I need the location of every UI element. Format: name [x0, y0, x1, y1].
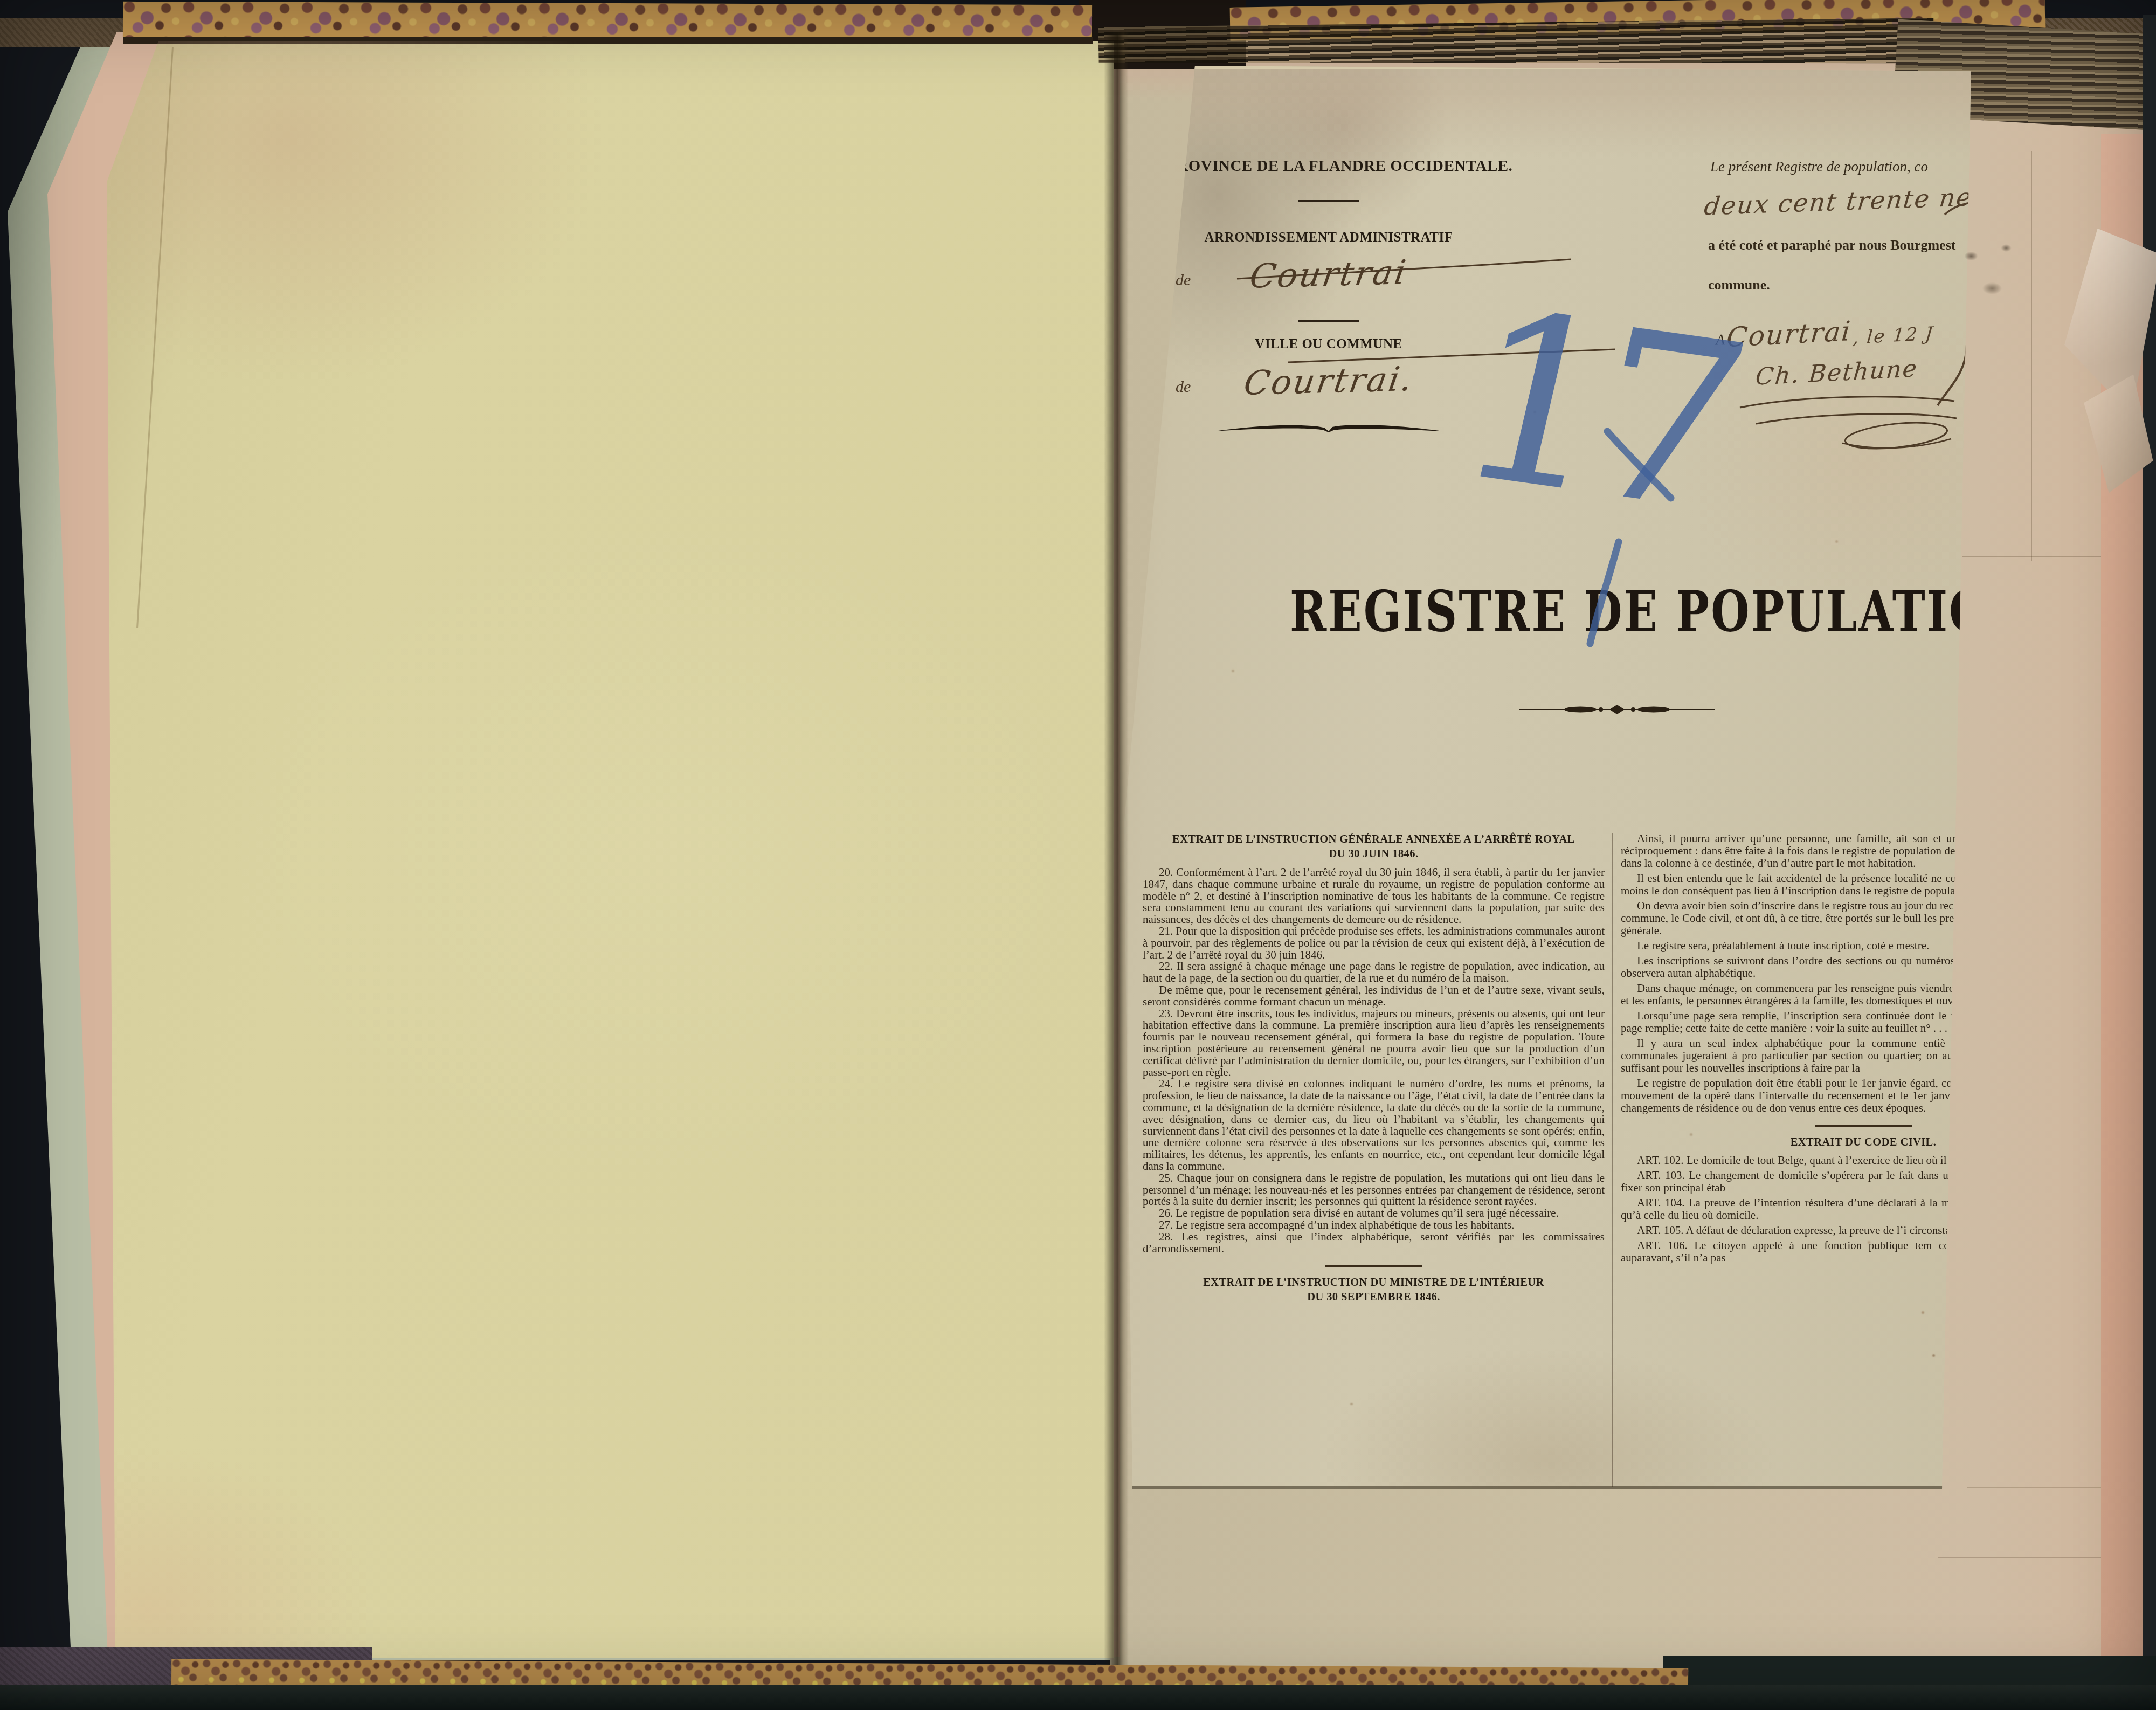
paragraph: Ainsi, il pourra arriver qu’une personne… — [1621, 832, 1970, 870]
paragraph: 28. Les registres, ainsi que l’index alp… — [1143, 1231, 1605, 1255]
administrative-header: PROVINCE DE LA FLANDRE OCCIDENTALE. ARRO… — [1167, 157, 1490, 439]
page-title: REGISTRE DE POPULATION. — [1290, 579, 1971, 645]
scan-bottom-edge — [0, 1685, 2156, 1710]
swelled-rule-ornament — [1167, 420, 1490, 439]
paragraph: 27. Le registre sera accompagné d’un ind… — [1143, 1219, 1605, 1231]
left-blank-page — [107, 41, 1114, 1658]
paragraph: On devra avoir bien soin d’inscrire dans… — [1621, 900, 1970, 937]
page-number-annotation: 17 — [1440, 280, 1748, 543]
paragraph: Dans chaque ménage, on commencera par le… — [1621, 982, 1970, 1007]
province-heading: PROVINCE DE LA FLANDRE OCCIDENTALE. — [1167, 157, 1490, 175]
paragraph: Il y aura un seul index alphabétique pou… — [1621, 1037, 1970, 1074]
sheet-bottom-edge — [1124, 1486, 1971, 1489]
paragraph: Le registre sera, préalablement à toute … — [1621, 940, 1970, 952]
code-civil-heading: EXTRAIT DU CODE CIVIL. — [1621, 1135, 1970, 1150]
paragraph: De même que, pour le recensement général… — [1143, 984, 1605, 1008]
article: ART. 106. Le citoyen appelé à une foncti… — [1621, 1239, 1970, 1264]
page-crease — [2031, 151, 2032, 561]
paragraph: 21. Pour que la disposition qui précède … — [1143, 926, 1605, 961]
instruction-column-right-clip: Ainsi, il pourra arriver qu’une personne… — [1621, 832, 1970, 1488]
gutter-shadow — [1104, 32, 1129, 1678]
certification-line3: commune. — [1708, 277, 1770, 293]
paragraph: 20. Conformément à l’art. 2 de l’arrêté … — [1143, 867, 1605, 926]
column-rule — [1612, 833, 1613, 1487]
left-column-footer-heading-line1: EXTRAIT DE L’INSTRUCTION DU MINISTRE DE … — [1143, 1275, 1605, 1290]
left-column-footer-heading-line2: DU 30 SEPTEMBRE 1846. — [1143, 1290, 1605, 1305]
marbled-cover-top-left — [123, 2, 1092, 40]
paragraph: 25. Chaque jour on consignera dans le re… — [1143, 1173, 1605, 1208]
paragraph: 24. Le registre sera divisé en colonnes … — [1143, 1078, 1605, 1172]
signature: Ch. Bethune — [1754, 355, 1919, 391]
title-ornament — [1515, 702, 1719, 717]
instruction-column-left: EXTRAIT DE L’INSTRUCTION GÉNÉRALE ANNEXÉ… — [1143, 832, 1605, 1488]
article: ART. 104. La preuve de l’intention résul… — [1621, 1197, 1970, 1222]
page-crease — [1938, 1557, 2112, 1558]
commune-prefix: de — [1176, 378, 1191, 396]
paragraph: Le registre de population doit être étab… — [1621, 1077, 1970, 1114]
handwritten-date: , le 12 J — [1852, 323, 1934, 349]
article: ART. 105. A défaut de déclaration expres… — [1621, 1224, 1970, 1237]
arrondissement-prefix: de — [1176, 271, 1191, 289]
ink-smudge — [1950, 232, 2020, 313]
paragraph: Les inscriptions se suivront dans l’ordr… — [1621, 955, 1970, 980]
certification-line2: a été coté et paraphé par nous Bourgmest — [1708, 237, 1956, 253]
handwritten-folio-count: deux cent trente neuf — [1703, 181, 1971, 220]
paragraph: 26. Le registre de population sera divis… — [1143, 1208, 1605, 1219]
left-column-heading-line2: DU 30 JUIN 1846. — [1143, 847, 1605, 861]
paragraph: Lorsqu’une page sera remplie, l’inscript… — [1621, 1010, 1970, 1035]
paragraph: 23. Devront être inscrits, tous les indi… — [1143, 1008, 1605, 1079]
divider-rule — [1325, 1265, 1422, 1267]
arrondissement-label: ARRONDISSEMENT ADMINISTRATIF — [1167, 230, 1490, 245]
pen-flourish — [1942, 192, 1971, 219]
divider-rule — [1815, 1125, 1912, 1127]
paragraph: Il est bien entendu que le fait accident… — [1621, 872, 1970, 897]
instruction-column-right: Ainsi, il pourra arriver qu’une personne… — [1621, 832, 1970, 1264]
article: ART. 102. Le domicile de tout Belge, qua… — [1621, 1154, 1970, 1167]
cover-shadow — [123, 37, 1093, 44]
divider-rule — [1298, 320, 1359, 322]
paragraph: 22. Il sera assigné à chaque ménage une … — [1143, 961, 1605, 984]
signature-flourish — [1735, 391, 1966, 453]
left-column-heading-line1: EXTRAIT DE L’INSTRUCTION GÉNÉRALE ANNEXÉ… — [1143, 832, 1605, 847]
book-scan: PROVINCE DE LA FLANDRE OCCIDENTALE. ARRO… — [0, 0, 2156, 1710]
divider-rule — [1298, 200, 1359, 202]
article: ART. 103. Le changement de domicile s’op… — [1621, 1169, 1970, 1194]
certification-line1: Le présent Registre de population, co — [1710, 158, 1928, 175]
